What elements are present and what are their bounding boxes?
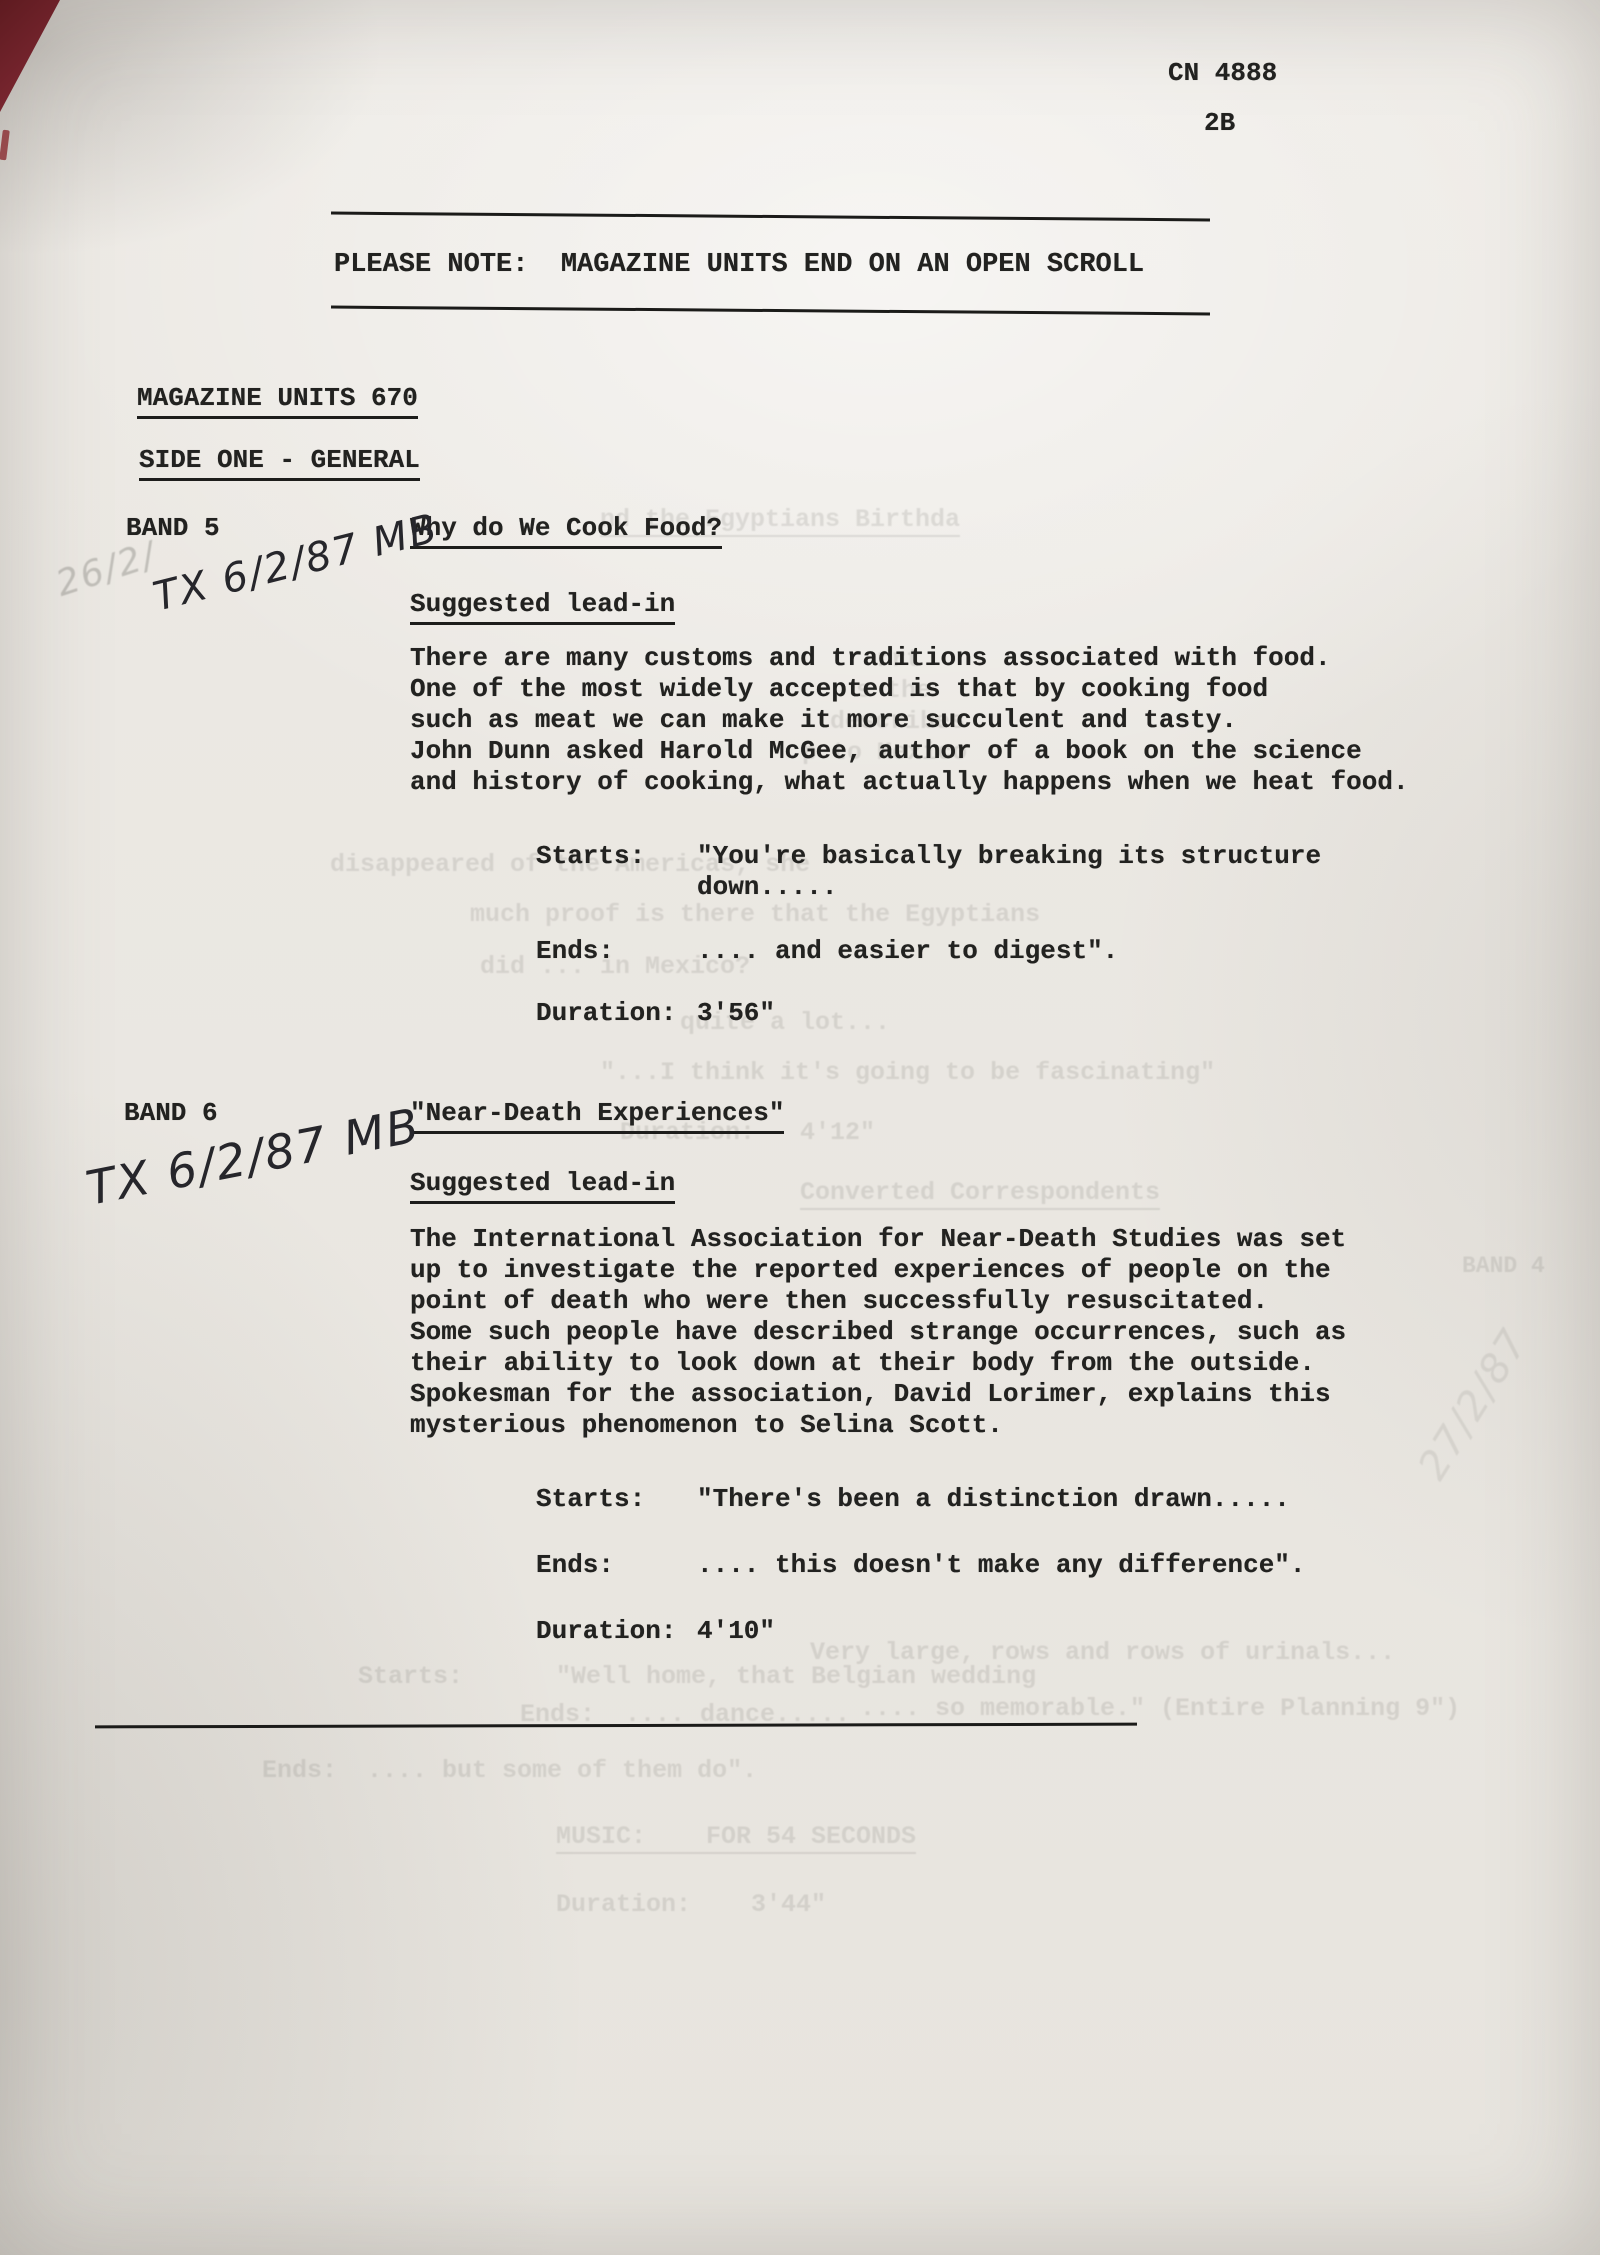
ghost-text: Starts: [358, 1662, 463, 1691]
band5-duration-value: 3'56" [697, 998, 775, 1029]
side-heading: SIDE ONE - GENERAL [139, 445, 420, 481]
scanned-page: nd the Egyptians Birthdarrts thedescribe… [0, 0, 1600, 2255]
document-code: CN 4888 [1168, 58, 1277, 89]
ghost-text: 27/2/87 [1417, 1325, 1531, 1483]
band5-title: Why do We Cook Food? [410, 513, 722, 549]
ghost-text: Converted Correspondents [800, 1178, 1160, 1210]
ghost-text: .... so memorable." (Entire Planning 9") [860, 1694, 1460, 1723]
band6-duration-value: 4'10" [697, 1616, 775, 1647]
ghost-text: much proof is there that the Egyptians [470, 900, 1040, 929]
band6-duration-label: Duration: [536, 1616, 676, 1647]
band5-duration-label: Duration: [536, 998, 676, 1029]
band5-lead-in-paragraph: There are many customs and traditions as… [410, 643, 1409, 798]
band6-label: BAND 6 [124, 1098, 218, 1129]
ghost-text: 26/2/ [53, 540, 160, 599]
band5-lead-in-heading: Suggested lead-in [410, 589, 675, 625]
page-number: 2B [1204, 108, 1235, 139]
ghost-text: BAND 4 [1462, 1252, 1545, 1281]
ghost-text: Duration: 3'44" [556, 1890, 826, 1919]
band5-ends-label: Ends: [536, 936, 614, 967]
band6-lead-in-heading: Suggested lead-in [410, 1168, 675, 1204]
ghost-text: Ends: .... but some of them do". [262, 1756, 757, 1785]
ghost-text: "...I think it's going to be fascinating… [600, 1058, 1215, 1087]
document-title: MAGAZINE UNITS 670 [137, 383, 418, 419]
band5-starts-value: "You're basically breaking its structure… [697, 841, 1321, 903]
band5-label: BAND 5 [126, 513, 220, 544]
band6-starts-label: Starts: [536, 1484, 645, 1515]
band5-starts-label: Starts: [536, 841, 645, 872]
band6-ends-value: .... this doesn't make any difference". [697, 1550, 1306, 1581]
band6-ends-label: Ends: [536, 1550, 614, 1581]
band6-title: "Near-Death Experiences" [410, 1098, 784, 1134]
ghost-text: MUSIC: FOR 54 SECONDS [556, 1822, 916, 1854]
band5-ends-value: .... and easier to digest". [697, 936, 1118, 967]
notice-text: PLEASE NOTE: MAGAZINE UNITS END ON AN OP… [334, 250, 1144, 281]
band6-starts-value: "There's been a distinction drawn..... [697, 1484, 1290, 1515]
ghost-text: "Well home, that Belgian wedding [556, 1662, 1036, 1691]
band6-lead-in-paragraph: The International Association for Near-D… [410, 1224, 1346, 1441]
bleed-through-layer: nd the Egyptians Birthdarrts thedescribe… [0, 0, 1600, 2255]
